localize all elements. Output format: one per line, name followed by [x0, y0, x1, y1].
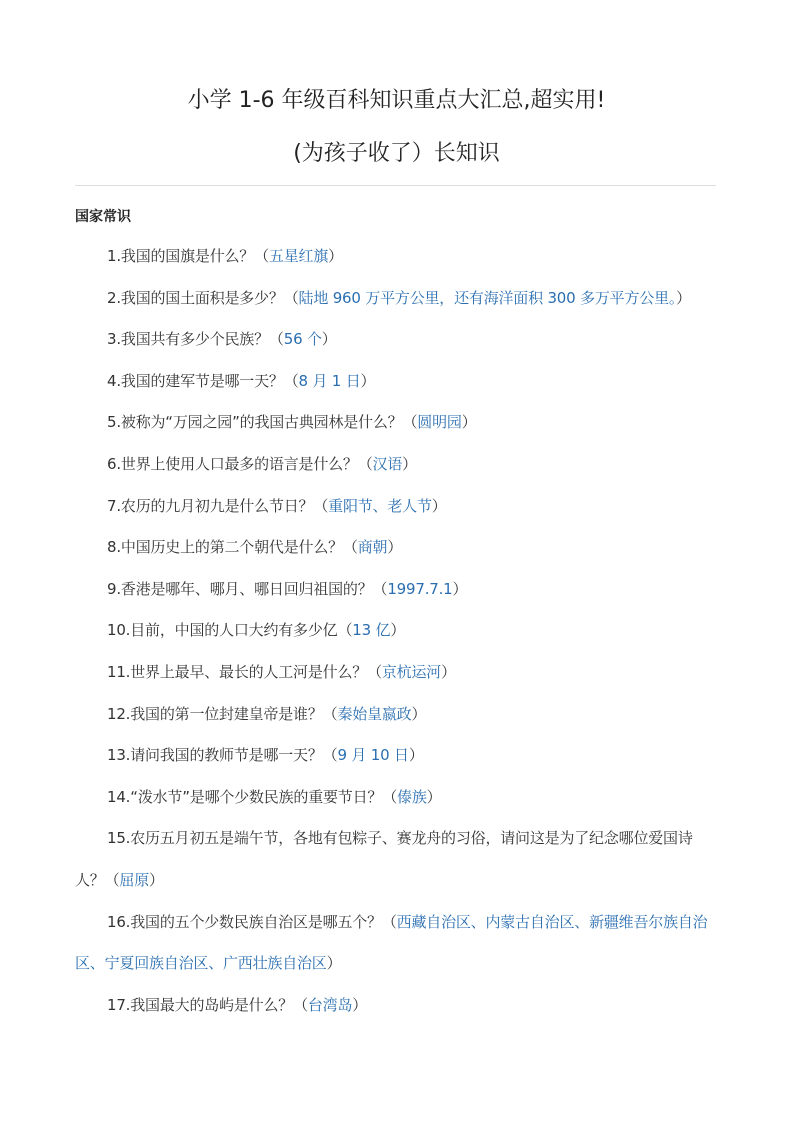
open-paren: （ [284, 372, 299, 390]
qa-item: 9.香港是哪年、哪月、哪日回归祖国的？（1997.7.1） [75, 569, 720, 611]
answer-text: 商朝 [358, 538, 388, 556]
answer-text: 56 个 [284, 330, 322, 348]
close-paren: ） [361, 372, 376, 390]
qa-item: 15.农历五月初五是端午节，各地有包粽子、赛龙舟的习俗，请问这是为了纪念哪位爱国… [75, 818, 720, 901]
open-paren: （ [105, 871, 120, 889]
answer-text: 五星红旗 [269, 247, 328, 265]
question-text: 2.我国的国土面积是多少？ [107, 289, 284, 307]
question-text: 13.请问我国的教师节是哪一天？ [107, 746, 323, 764]
close-paren: ） [676, 289, 691, 307]
question-text: 8.中国历史上的第二个朝代是什么？ [107, 538, 343, 556]
answer-text: 重阳节、老人节 [328, 497, 432, 515]
answer-text: 陆地 960 万平方公里，还有海洋面积 300 多万平方公里。 [299, 289, 677, 307]
question-text: 7.农历的九月初九是什么节日？ [107, 497, 313, 515]
close-paren: ） [387, 538, 402, 556]
answer-text: 9 月 10 日 [337, 746, 408, 764]
document-subtitle: (为孩子收了）长知识 [0, 136, 793, 167]
qa-item: 16.我国的五个少数民族自治区是哪五个？（西藏自治区、内蒙古自治区、新疆维吾尔族… [75, 902, 720, 985]
qa-item: 12.我国的第一位封建皇帝是谁？（秦始皇嬴政） [75, 694, 720, 736]
open-paren: （ [323, 746, 338, 764]
close-paren: ） [432, 497, 447, 515]
qa-item: 10.目前，中国的人口大约有多少亿（13 亿） [75, 610, 720, 652]
question-text: 17.我国最大的岛屿是什么？ [107, 996, 293, 1014]
answer-text: 台湾岛 [308, 996, 352, 1014]
open-paren: （ [373, 580, 388, 598]
open-paren: （ [269, 330, 284, 348]
close-paren: ） [402, 455, 417, 473]
question-text: 15.农历五月初五是端午节，各地有包粽子、赛龙舟的习俗，请问这是为了纪念哪位爱国… [75, 829, 693, 889]
question-text: 5.被称为“万园之园”的我国古典园林是什么？ [107, 413, 402, 431]
open-paren: （ [337, 621, 352, 639]
close-paren: ） [390, 621, 405, 639]
qa-item: 14.“泼水节”是哪个少数民族的重要节日？（傣族） [75, 777, 720, 819]
qa-item: 6.世界上使用人口最多的语言是什么？（汉语） [75, 444, 720, 486]
qa-item: 3.我国共有多少个民族？（56 个） [75, 319, 720, 361]
question-text: 10.目前，中国的人口大约有多少亿 [107, 621, 337, 639]
open-paren: （ [382, 788, 397, 806]
section-heading: 国家常识 [75, 206, 131, 226]
answer-text: 8 月 1 日 [299, 372, 361, 390]
close-paren: ） [462, 413, 477, 431]
qa-item: 8.中国历史上的第二个朝代是什么？（商朝） [75, 527, 720, 569]
close-paren: ） [327, 954, 342, 972]
answer-text: 圆明园 [417, 413, 461, 431]
qa-item: 17.我国最大的岛屿是什么？（台湾岛） [75, 985, 720, 1027]
question-text: 6.世界上使用人口最多的语言是什么？ [107, 455, 358, 473]
open-paren: （ [313, 497, 328, 515]
question-text: 14.“泼水节”是哪个少数民族的重要节日？ [107, 788, 382, 806]
question-text: 3.我国共有多少个民族？ [107, 330, 269, 348]
open-paren: （ [382, 913, 397, 931]
open-paren: （ [284, 289, 299, 307]
open-paren: （ [343, 538, 358, 556]
question-text: 12.我国的第一位封建皇帝是谁？ [107, 705, 323, 723]
open-paren: （ [254, 247, 269, 265]
open-paren: （ [402, 413, 417, 431]
open-paren: （ [367, 663, 382, 681]
close-paren: ） [149, 871, 164, 889]
qa-item: 13.请问我国的教师节是哪一天？（9 月 10 日） [75, 735, 720, 777]
question-text: 11.世界上最早、最长的人工河是什么？ [107, 663, 367, 681]
question-text: 1.我国的国旗是什么？ [107, 247, 254, 265]
qa-item: 1.我国的国旗是什么？（五星红旗） [75, 236, 720, 278]
close-paren: ） [441, 663, 456, 681]
qa-item: 11.世界上最早、最长的人工河是什么？（京杭运河） [75, 652, 720, 694]
close-paren: ） [412, 705, 427, 723]
qa-item: 4.我国的建军节是哪一天？（8 月 1 日） [75, 361, 720, 403]
open-paren: （ [323, 705, 338, 723]
open-paren: （ [358, 455, 373, 473]
answer-text: 1997.7.1 [387, 580, 452, 598]
close-paren: ） [409, 746, 424, 764]
document-title: 小学 1-6 年级百科知识重点大汇总,超实用! [0, 83, 793, 114]
question-text: 16.我国的五个少数民族自治区是哪五个？ [107, 913, 382, 931]
open-paren: （ [293, 996, 308, 1014]
close-paren: ） [322, 330, 337, 348]
answer-text: 秦始皇嬴政 [337, 705, 411, 723]
qa-item: 5.被称为“万园之园”的我国古典园林是什么？（圆明园） [75, 402, 720, 444]
qa-item: 2.我国的国土面积是多少？（陆地 960 万平方公里，还有海洋面积 300 多万… [75, 278, 720, 320]
answer-text: 13 亿 [352, 621, 390, 639]
close-paren: ） [453, 580, 468, 598]
question-text: 9.香港是哪年、哪月、哪日回归祖国的？ [107, 580, 373, 598]
answer-text: 汉语 [373, 455, 403, 473]
qa-list: 1.我国的国旗是什么？（五星红旗）2.我国的国土面积是多少？（陆地 960 万平… [75, 236, 720, 1026]
answer-text: 傣族 [397, 788, 427, 806]
close-paren: ） [427, 788, 442, 806]
question-text: 4.我国的建军节是哪一天？ [107, 372, 284, 390]
answer-text: 京杭运河 [382, 663, 441, 681]
close-paren: ） [328, 247, 343, 265]
title-divider [75, 185, 716, 186]
qa-item: 7.农历的九月初九是什么节日？（重阳节、老人节） [75, 486, 720, 528]
answer-text: 屈原 [119, 871, 149, 889]
close-paren: ） [352, 996, 367, 1014]
